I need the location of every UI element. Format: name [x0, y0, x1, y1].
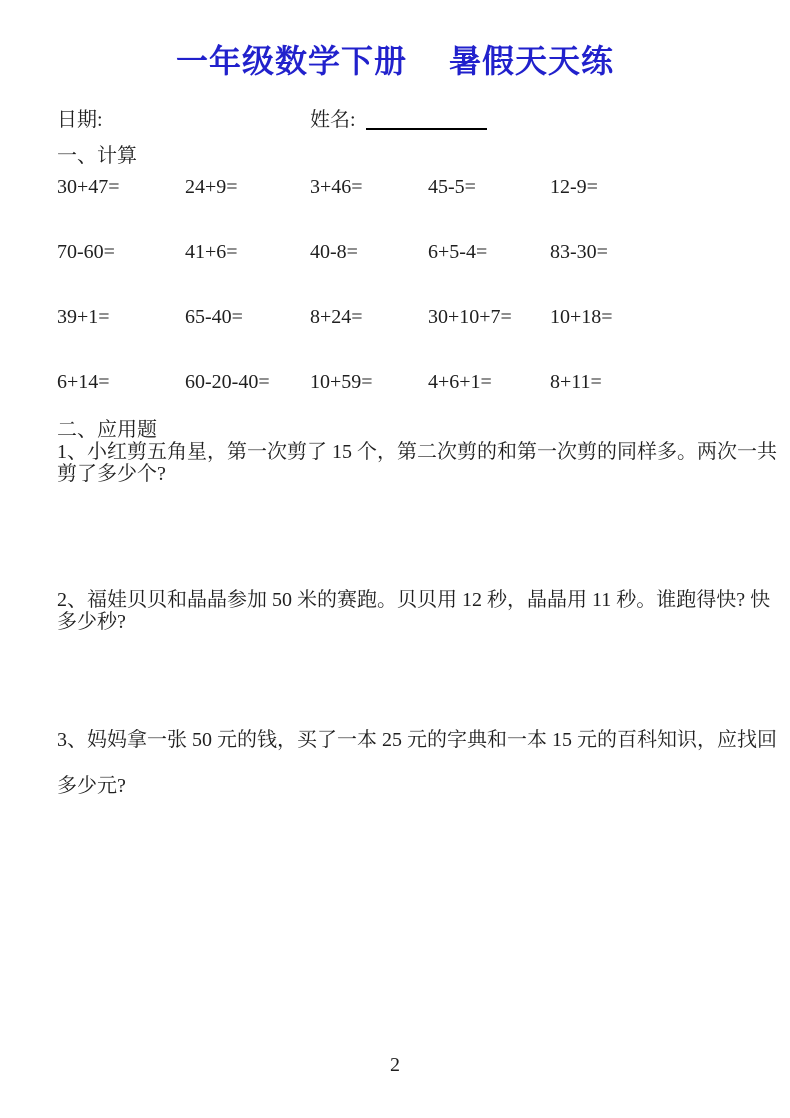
- calc-problem: 83-30=: [550, 241, 760, 263]
- page-title-part1: 一年级数学下册: [176, 43, 407, 79]
- name-label: 姓名:: [310, 109, 356, 131]
- calc-problem: 12-9=: [550, 176, 760, 198]
- word-section-heading: 二、应用题: [57, 419, 157, 441]
- word-problem-3-line-1: 3、妈妈拿一张 50 元的钱，买了一本 25 元的字典和一本 15 元的百科知识…: [57, 729, 747, 751]
- date-label: 日期:: [57, 109, 103, 131]
- calc-problems-grid: 30+47= 24+9= 3+46= 45-5= 12-9= 70-60= 41…: [57, 176, 760, 393]
- calc-problem: 3+46=: [310, 176, 428, 198]
- page-number: 2: [0, 1054, 790, 1076]
- worksheet-page: 一年级数学下册暑假天天练 日期: 姓名: 一、计算 30+47= 24+9= 3…: [0, 0, 790, 1118]
- calc-problem: 65-40=: [185, 306, 310, 328]
- word-problem-1-line-1: 1、小红剪五角星，第一次剪了 15 个，第二次剪的和第一次剪的同样多。两次一共: [57, 441, 747, 463]
- word-problem-2-line-1: 2、福娃贝贝和晶晶参加 50 米的赛跑。贝贝用 12 秒，晶晶用 11 秒。谁跑…: [57, 589, 747, 611]
- calc-problem: 10+59=: [310, 371, 428, 393]
- calc-section-heading: 一、计算: [57, 145, 137, 167]
- word-problem-3: 3、妈妈拿一张 50 元的钱，买了一本 25 元的字典和一本 15 元的百科知识…: [57, 729, 747, 797]
- word-problem-3-line-2: 多少元?: [57, 775, 747, 797]
- word-problem-2-line-2: 多少秒?: [57, 611, 747, 633]
- calc-problem: 41+6=: [185, 241, 310, 263]
- calc-problem: 40-8=: [310, 241, 428, 263]
- calc-problem: 30+10+7=: [428, 306, 550, 328]
- calc-problem: 8+24=: [310, 306, 428, 328]
- calc-problem: 60-20-40=: [185, 371, 310, 393]
- calc-problem: 6+14=: [57, 371, 185, 393]
- calc-problem: 39+1=: [57, 306, 185, 328]
- calc-problem: 45-5=: [428, 176, 550, 198]
- page-title: 一年级数学下册暑假天天练: [0, 36, 790, 82]
- calc-problem: 8+11=: [550, 371, 760, 393]
- calc-problem: 30+47=: [57, 176, 185, 198]
- calc-problem: 4+6+1=: [428, 371, 550, 393]
- calc-problem: 24+9=: [185, 176, 310, 198]
- calc-problem: 6+5-4=: [428, 241, 550, 263]
- page-title-part2: 暑假天天练: [449, 43, 614, 79]
- name-blank-line: [366, 121, 487, 130]
- word-problem-1-line-2: 剪了多少个?: [57, 463, 747, 485]
- word-problem-2: 2、福娃贝贝和晶晶参加 50 米的赛跑。贝贝用 12 秒，晶晶用 11 秒。谁跑…: [57, 589, 747, 633]
- calc-problem: 70-60=: [57, 241, 185, 263]
- calc-problem: 10+18=: [550, 306, 760, 328]
- word-problem-1: 1、小红剪五角星，第一次剪了 15 个，第二次剪的和第一次剪的同样多。两次一共 …: [57, 441, 747, 485]
